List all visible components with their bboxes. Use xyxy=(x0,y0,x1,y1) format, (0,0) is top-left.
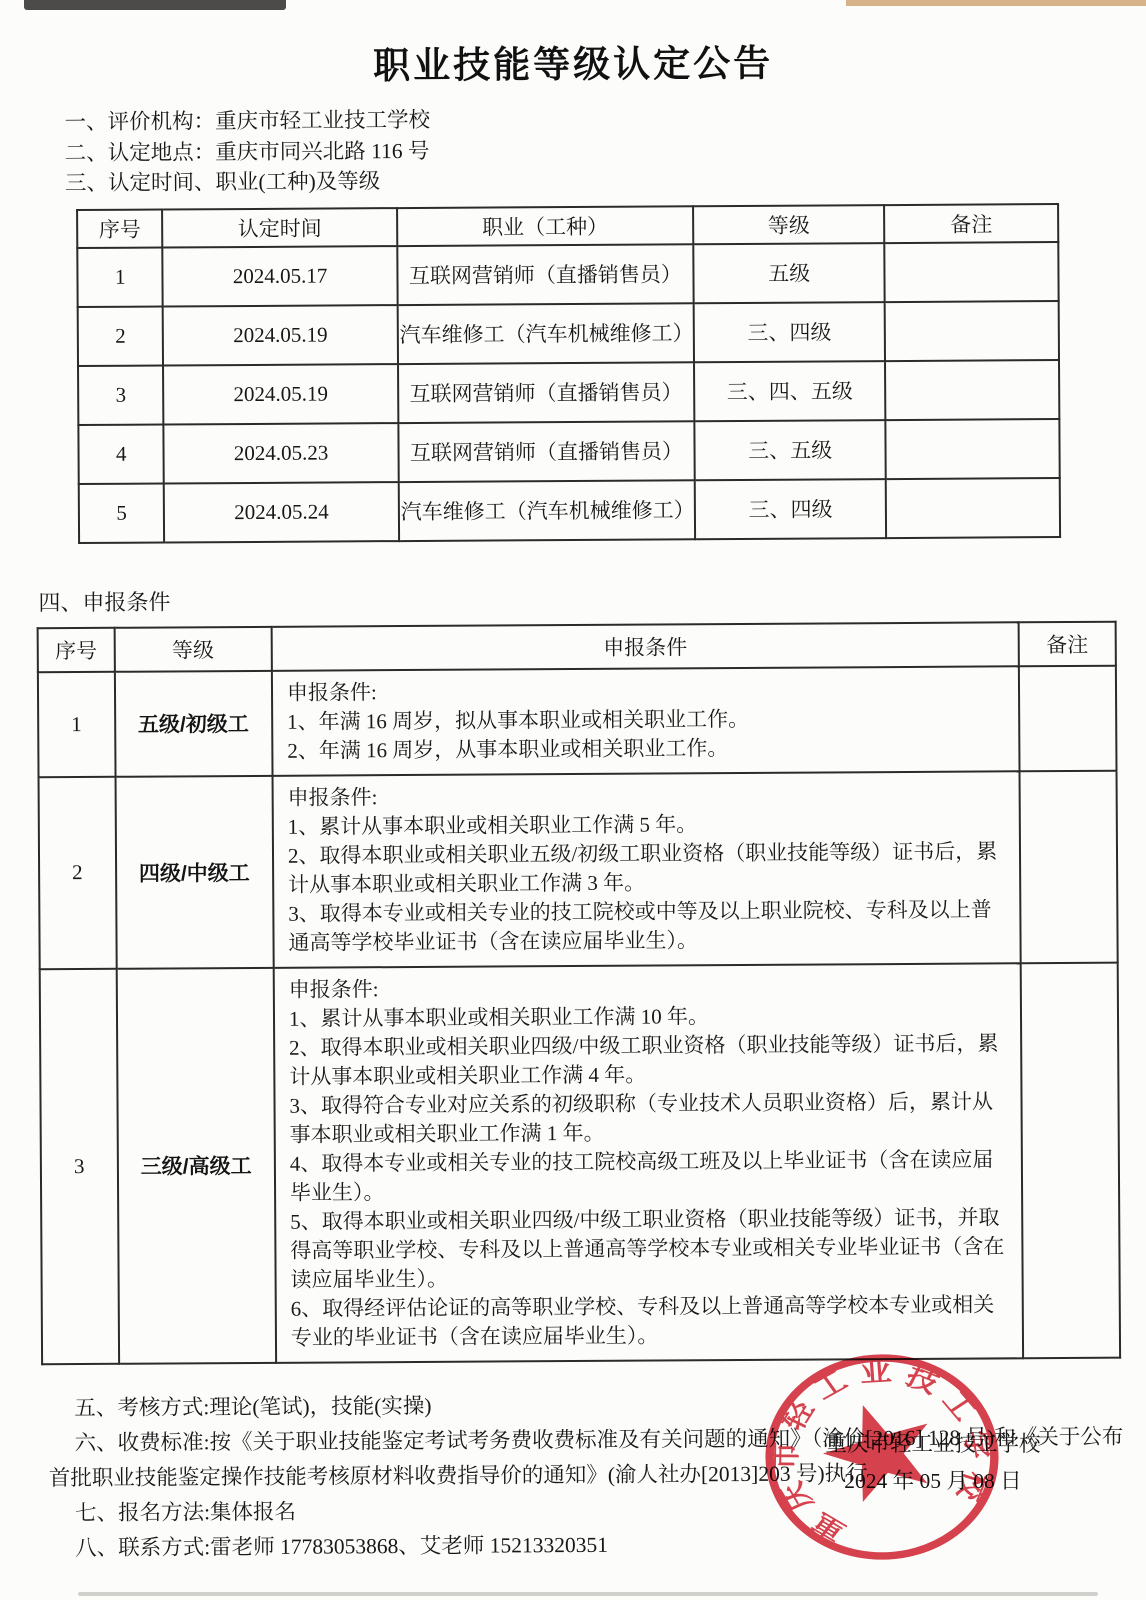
table-row: 3 2024.05.19 互联网营销师（直播销售员） 三、四、五级 xyxy=(78,360,1059,425)
cell-grade: 五级/初级工 xyxy=(114,670,272,776)
intro-line-schedule: 三、认定时间、职业(工种)及等级 xyxy=(65,161,1146,198)
condition-line: 2、取得本职业或相关职业五级/初级工职业资格（职业技能等级）证书后，累计从事本职… xyxy=(288,837,1005,899)
table-row: 3 三级/高级工 申报条件: 1、累计从事本职业或相关职业工作满 10 年。 2… xyxy=(40,962,1120,1364)
cell-level: 三、四、五级 xyxy=(694,361,886,421)
cell-date: 2024.05.24 xyxy=(164,482,399,542)
schedule-table: 序号 认定时间 职业（工种） 等级 备注 1 2024.05.17 互联网营销师… xyxy=(76,203,1061,544)
col-header-note: 备注 xyxy=(884,204,1058,243)
cell-level: 三、五级 xyxy=(694,420,886,480)
conditions-header-row: 序号 等级 申报条件 备注 xyxy=(38,621,1116,672)
cell-index: 2 xyxy=(78,306,164,366)
condition-line: 2、取得本职业或相关职业四级/中级工职业资格（职业技能等级）证书后，累计从事本职… xyxy=(289,1029,1006,1091)
table-row: 4 2024.05.23 互联网营销师（直播销售员） 三、五级 xyxy=(78,419,1059,484)
cell-occupation: 互联网营销师（直播销售员） xyxy=(397,244,694,305)
col-header-occupation: 职业（工种） xyxy=(397,206,693,246)
table-row: 5 2024.05.24 汽车维修工（汽车机械维修工） 三、四级 xyxy=(79,478,1060,543)
condition-line: 2、年满 16 周岁，从事本职业或相关职业工作。 xyxy=(287,732,1004,765)
cell-occupation: 汽车维修工（汽车机械维修工） xyxy=(399,480,696,541)
condition-line: 1、累计从事本职业或相关职业工作满 10 年。 xyxy=(289,1000,1006,1033)
cell-index: 3 xyxy=(40,968,119,1363)
cell-note xyxy=(886,419,1060,479)
cell-conditions: 申报条件: 1、累计从事本职业或相关职业工作满 10 年。 2、取得本职业或相关… xyxy=(274,963,1023,1363)
schedule-header-row: 序号 认定时间 职业（工种） 等级 备注 xyxy=(77,204,1058,248)
condition-line: 4、取得本专业或相关专业的技工院校高级工班及以上毕业证书（含在读应届毕业生）。 xyxy=(290,1145,1007,1207)
cell-occupation: 互联网营销师（直播销售员） xyxy=(398,421,695,482)
document-page: 职业技能等级认定公告 一、评价机构：重庆市轻工业技工学校 二、认定地点：重庆市同… xyxy=(0,0,1146,1600)
scan-artifact-top-left xyxy=(24,0,286,10)
col-header-grade: 等级 xyxy=(114,626,272,671)
condition-line: 申报条件: xyxy=(287,674,1004,707)
condition-line: 1、累计从事本职业或相关职业工作满 5 年。 xyxy=(288,808,1005,841)
cell-date: 2024.05.19 xyxy=(163,364,398,424)
cell-occupation: 汽车维修工（汽车机械维修工） xyxy=(397,303,694,364)
cell-index: 4 xyxy=(78,424,164,484)
condition-line: 1、年满 16 周岁，拟从事本职业或相关职业工作。 xyxy=(287,703,1004,736)
condition-line: 申报条件: xyxy=(289,971,1006,1004)
condition-line: 申报条件: xyxy=(287,779,1004,812)
cell-index: 2 xyxy=(39,776,117,968)
condition-line: 3、取得符合专业对应关系的初级职称（专业技术人员职业资格）后，累计从事本职业或相… xyxy=(289,1087,1006,1149)
cell-note xyxy=(885,301,1059,361)
cell-index: 1 xyxy=(38,671,115,776)
conditions-table: 序号 等级 申报条件 备注 1 五级/初级工 申报条件: 1、年满 16 周岁，… xyxy=(37,620,1121,1365)
scan-artifact-top-right xyxy=(846,0,1146,6)
col-header-index: 序号 xyxy=(38,627,115,671)
page-title: 职业技能等级认定公告 xyxy=(0,30,1146,91)
cell-date: 2024.05.17 xyxy=(163,246,398,306)
cell-note xyxy=(1019,770,1117,963)
cell-level: 五级 xyxy=(693,243,885,303)
col-header-level: 等级 xyxy=(693,205,885,244)
cell-conditions: 申报条件: 1、年满 16 周岁，拟从事本职业或相关职业工作。 2、年满 16 … xyxy=(272,666,1020,776)
cell-note xyxy=(1021,962,1120,1358)
condition-line: 6、取得经评估论证的高等职业学校、专科及以上普通高等学校本专业或相关专业的毕业证… xyxy=(291,1290,1008,1352)
cell-note xyxy=(885,360,1059,420)
table-row: 2 2024.05.19 汽车维修工（汽车机械维修工） 三、四级 xyxy=(78,301,1059,366)
cell-note xyxy=(885,242,1059,302)
col-header-date: 认定时间 xyxy=(162,208,397,247)
section4-heading: 四、申报条件 xyxy=(38,579,1146,617)
cell-level: 三、四级 xyxy=(695,479,887,539)
cell-index: 5 xyxy=(79,483,165,543)
cell-index: 3 xyxy=(78,365,164,425)
official-seal-stamp: 重庆市轻工业技工学校 xyxy=(756,1346,1008,1568)
col-header-conditions: 申报条件 xyxy=(272,622,1019,671)
cell-grade: 四级/中级工 xyxy=(115,775,274,968)
intro-section: 一、评价机构：重庆市轻工业技工学校 二、认定地点：重庆市同兴北路 116 号 三… xyxy=(64,100,1146,198)
scan-artifact-bottom-line xyxy=(78,1592,1098,1596)
condition-line: 5、取得本职业或相关职业四级/中级工职业资格（职业技能等级）证书，并取得高等职业… xyxy=(290,1203,1008,1294)
cell-date: 2024.05.23 xyxy=(164,423,399,483)
cell-grade: 三级/高级工 xyxy=(116,967,276,1363)
cell-note xyxy=(1019,665,1117,771)
cell-note xyxy=(886,478,1060,538)
table-row: 2 四级/中级工 申报条件: 1、累计从事本职业或相关职业工作满 5 年。 2、… xyxy=(39,770,1118,969)
cell-level: 三、四级 xyxy=(694,302,886,362)
seal-star-icon xyxy=(811,1390,948,1507)
condition-line: 3、取得本专业或相关专业的技工院校或中等及以上职业院校、专科及以上普通高等学校毕… xyxy=(288,895,1005,957)
cell-occupation: 互联网营销师（直播销售员） xyxy=(398,362,695,423)
table-row: 1 五级/初级工 申报条件: 1、年满 16 周岁，拟从事本职业或相关职业工作。… xyxy=(38,665,1117,777)
cell-date: 2024.05.19 xyxy=(163,305,398,365)
cell-conditions: 申报条件: 1、累计从事本职业或相关职业工作满 5 年。 2、取得本职业或相关职… xyxy=(272,771,1020,968)
cell-index: 1 xyxy=(77,247,163,307)
col-header-index: 序号 xyxy=(77,209,163,248)
table-row: 1 2024.05.17 互联网营销师（直播销售员） 五级 xyxy=(77,242,1058,307)
col-header-note: 备注 xyxy=(1019,621,1116,666)
